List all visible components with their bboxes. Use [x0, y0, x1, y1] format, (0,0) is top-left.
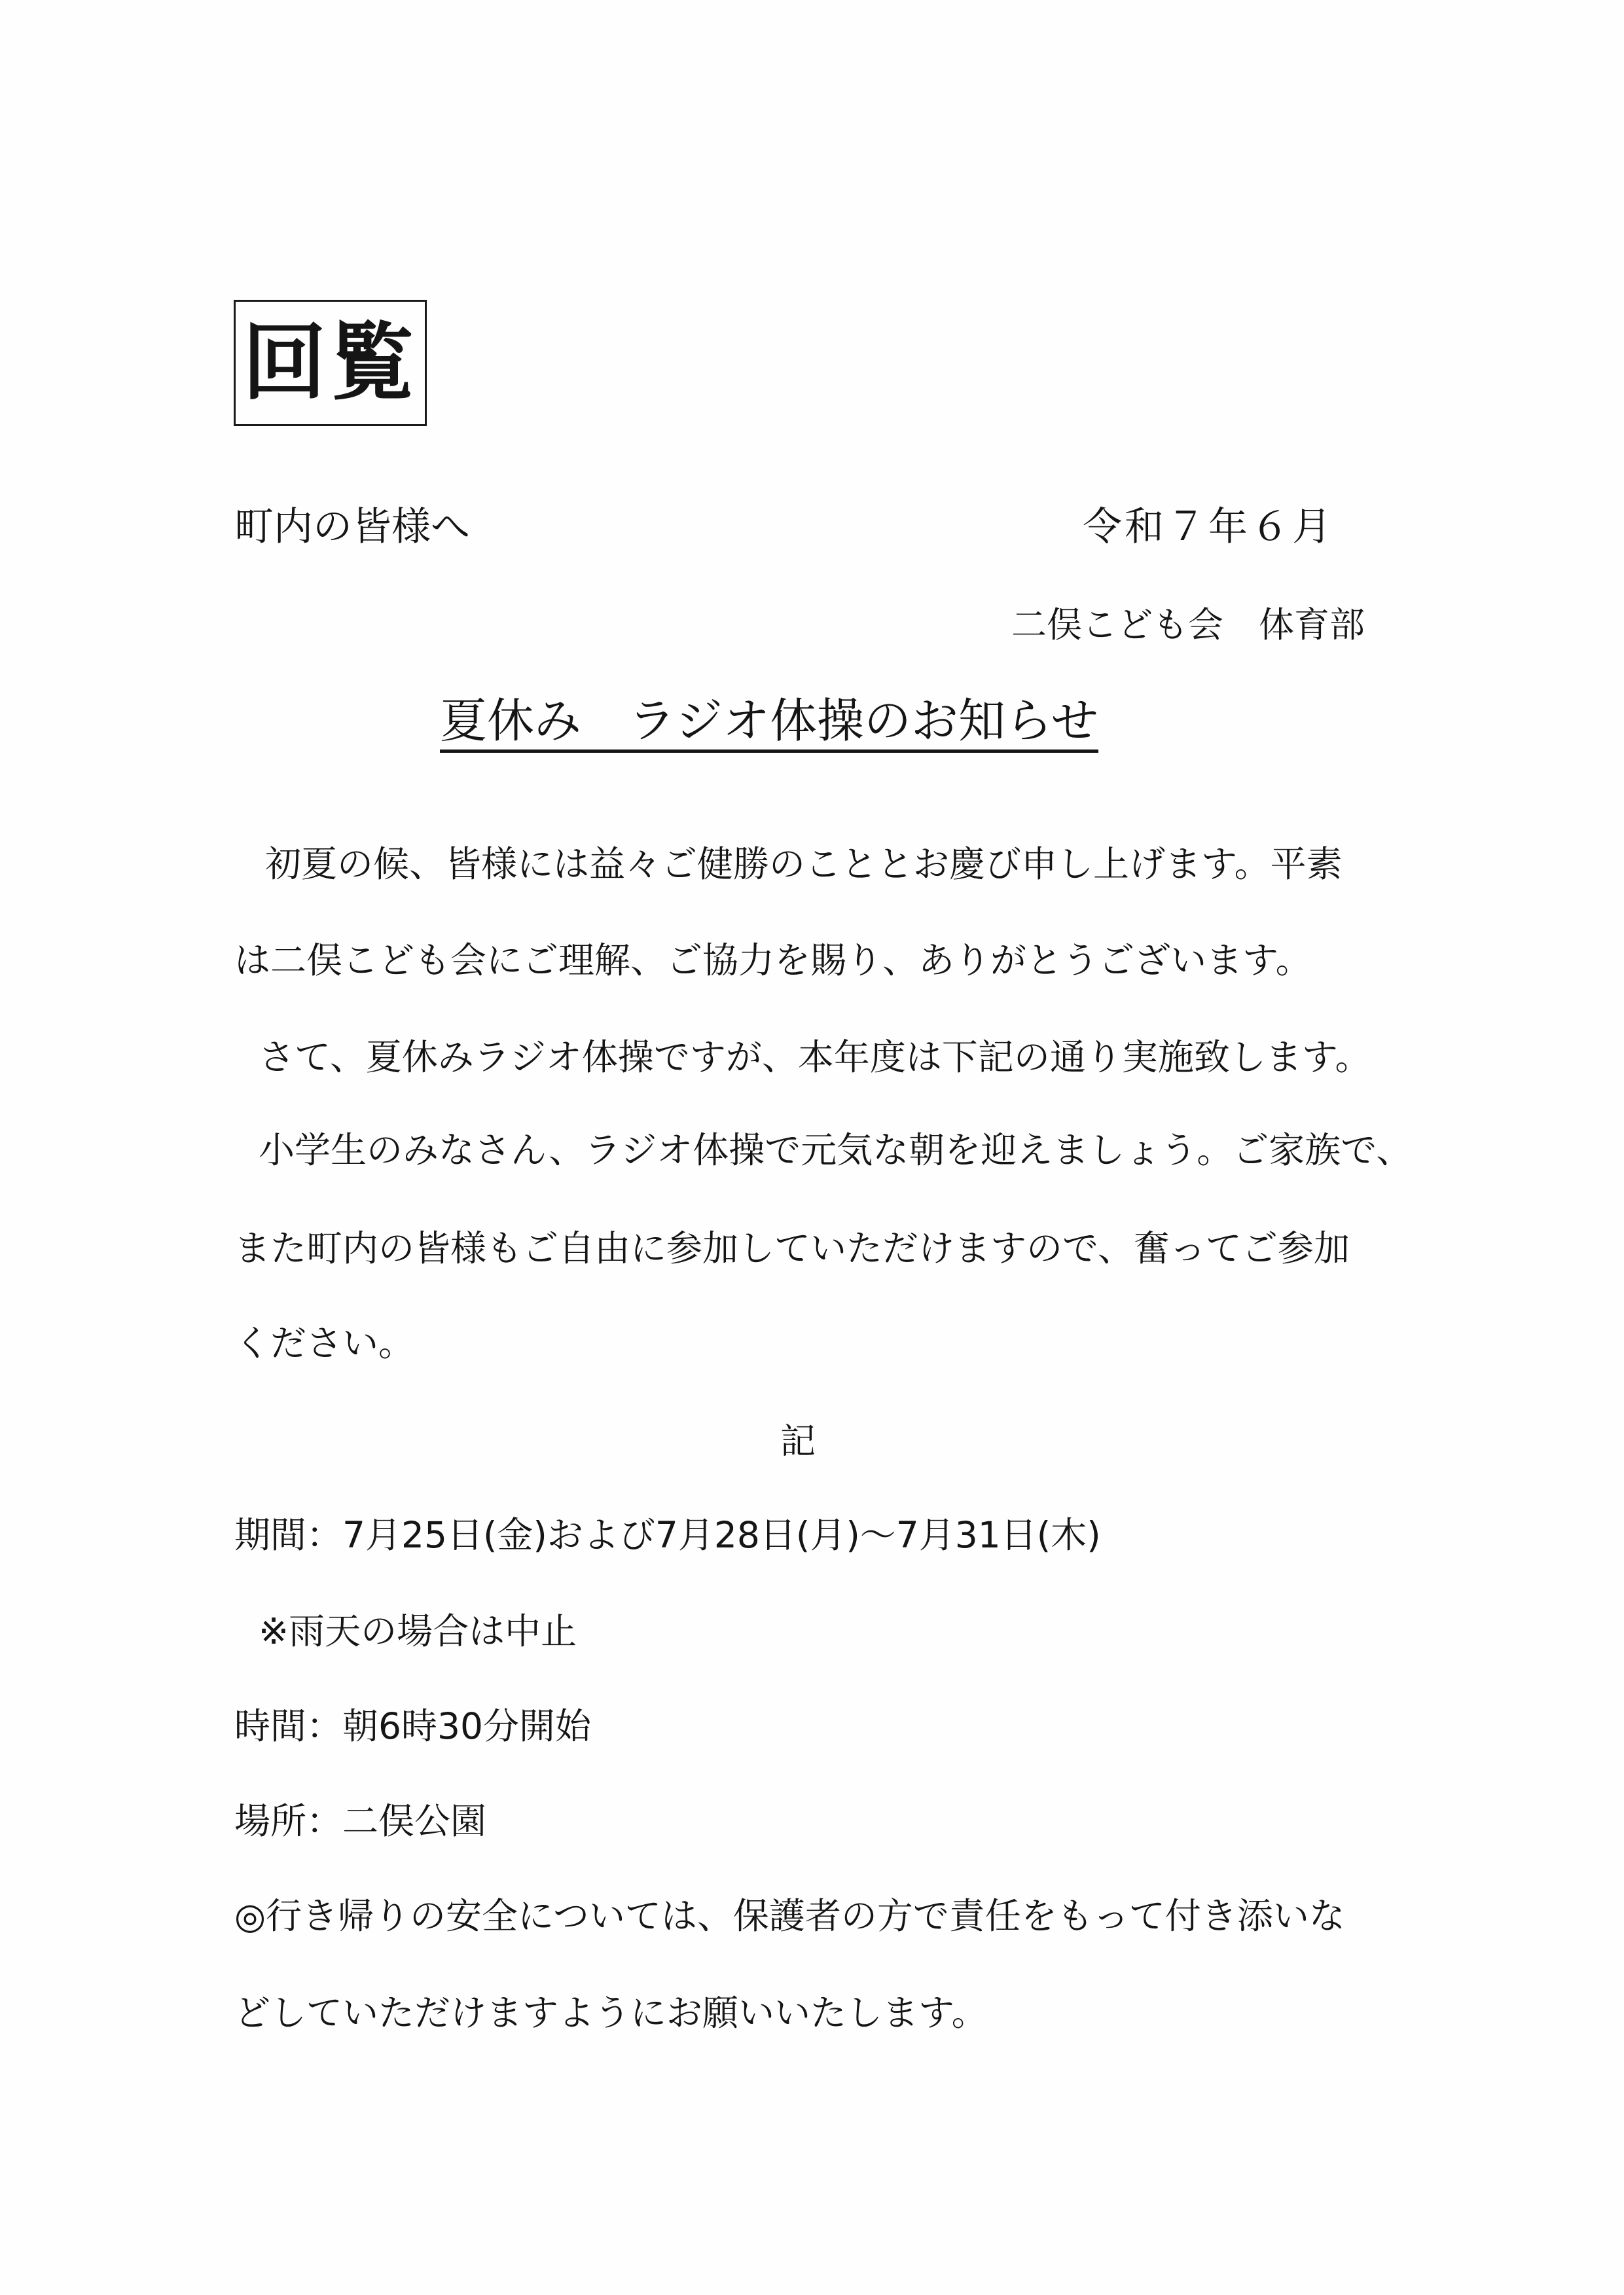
issue-date: 令和７年６月 — [1083, 507, 1334, 547]
body-line: 初夏の候、皆様には益々ご健勝のこととお慶び申し上げます。平素 — [265, 846, 1343, 882]
body-line: は二俣こども会にご理解、ご協力を賜り、ありがとうございます。 — [234, 943, 1312, 979]
body-line: さて、夏休みラジオ体操ですが、本年度は下記の通り実施致します。 — [259, 1039, 1371, 1075]
addressee: 町内の皆様へ — [234, 507, 470, 547]
body-line: ください。 — [234, 1326, 414, 1362]
circulation-stamp-label: 回覧 — [242, 321, 418, 405]
notice-page: 回覧 町内の皆様へ 令和７年６月 二俣こども会 体育部 夏休み ラジオ体操のお知… — [0, 0, 1624, 2295]
detail-safety-line: ◎行き帰りの安全については、保護者の方で責任をもって付き添いな — [234, 1898, 1345, 1934]
body-line: 小学生のみなさん、ラジオ体操で元気な朝を迎えましょう。ご家族で、 — [259, 1132, 1412, 1168]
document-title: 夏休み ラジオ体操のお知らせ — [440, 697, 1098, 753]
body-line: また町内の皆様もご自由に参加していただけますので、奮ってご参加 — [234, 1231, 1350, 1267]
detail-place: 場所：二俣公園 — [234, 1803, 486, 1839]
circulation-stamp: 回覧 — [234, 300, 427, 426]
detail-period: 期間：7月25日(金)および7月28日(月)～7月31日(木) — [234, 1517, 1101, 1553]
detail-time: 時間：朝6時30分開始 — [234, 1708, 591, 1744]
detail-rain-note: ※雨天の場合は中止 — [259, 1614, 577, 1650]
details-heading: 記 — [780, 1424, 816, 1459]
sender: 二俣こども会 体育部 — [1011, 607, 1365, 643]
detail-safety-line: どしていただけますようにお願いいたします。 — [234, 1995, 988, 2031]
